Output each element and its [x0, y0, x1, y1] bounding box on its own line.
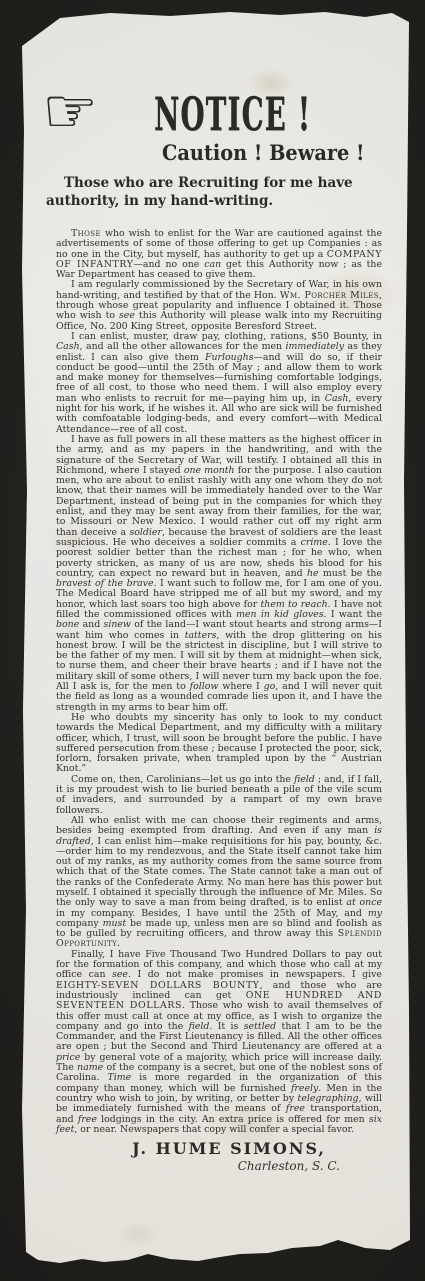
body-paragraph: I am regularly commissioned by the Secre…	[56, 280, 382, 331]
text-segment: He who doubts my sincerity has only to l…	[56, 712, 382, 774]
text-segment: All who enlist with me can choose their …	[56, 815, 382, 836]
body-paragraph: He who doubts my sincerity has only to l…	[56, 713, 382, 775]
header: ☞ NOTICE !	[42, 70, 412, 136]
signature-block: J. HUME SIMONS, Charleston, S. C.	[20, 1140, 340, 1173]
text-segment: , or near. Newspapers that copy will con…	[74, 1124, 354, 1135]
text-segment: , I can enlist him—make requisitions for…	[56, 836, 382, 909]
body-paragraph: All who enlist with me can choose their …	[56, 816, 382, 950]
tagline: Those who are Recruiting for me have aut…	[46, 175, 386, 210]
pointing-hand-icon: ☞	[42, 86, 154, 136]
body-paragraph: Those who wish to enlist for the War are…	[56, 229, 382, 280]
signature-place: Charleston, S. C.	[20, 1159, 340, 1173]
caution-subtitle: Caution ! Beware !	[162, 142, 392, 164]
body-paragraph: I can enlist, muster, draw pay, clothing…	[56, 332, 382, 435]
body-text: Those who wish to enlist for the War are…	[56, 229, 382, 1135]
body-paragraph: I have as full powers in all these matte…	[56, 435, 382, 713]
body-paragraph: Finally, I have Five Thousand Two Hundre…	[56, 950, 382, 1135]
body-paragraph: Come on, then, Carolinians—let us go int…	[56, 775, 382, 816]
signature-name: J. HUME SIMONS,	[20, 1140, 326, 1158]
page-title: NOTICE !	[154, 92, 311, 136]
photo-backdrop: ☞ NOTICE ! Caution ! Beware ! Those who …	[0, 0, 425, 1281]
broadside-paper: ☞ NOTICE ! Caution ! Beware ! Those who …	[20, 10, 412, 1272]
